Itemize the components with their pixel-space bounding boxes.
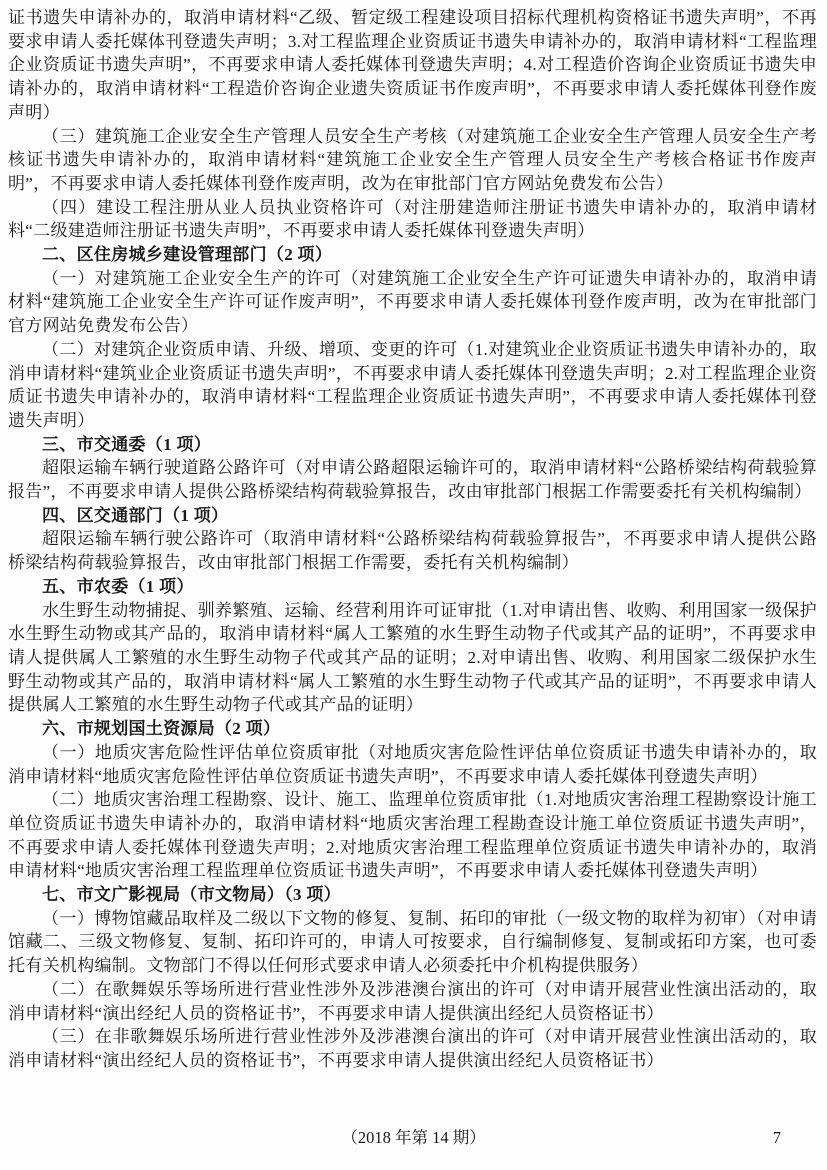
paragraph: （一）博物馆藏品取样及二级以下文物的修复、复制、拓印的审批（一级文物的取样为初审… <box>8 907 817 978</box>
paragraph: （四）建设工程注册从业人员执业资格许可（对注册建造师注册证书遗失申请补办的，取消… <box>8 196 817 243</box>
paragraph: （二）对建筑企业资质申请、升级、增项、变更的许可（1.对建筑业企业资质证书遗失申… <box>8 338 817 433</box>
section-heading: 六、市规划国土资源局（2 项） <box>8 717 817 741</box>
paragraph: （一）地质灾害危险性评估单位资质审批（对地质灾害危险性评估单位资质证书遗失申请补… <box>8 741 817 788</box>
section-heading: 四、区交通部门（1 项） <box>8 504 817 528</box>
paragraph: （一）对建筑施工企业安全生产的许可（对建筑施工企业安全生产许可证遗失申请补办的，… <box>8 267 817 338</box>
paragraph: 证书遗失申请补办的，取消申请材料“乙级、暂定级工程建设项目招标代理机构资格证书遗… <box>8 6 817 125</box>
paragraph: （二）在歌舞娱乐等场所进行营业性涉外及涉港澳台演出的许可（对申请开展营业性演出活… <box>8 978 817 1025</box>
paragraph: 超限运输车辆行驶公路许可（取消申请材料“公路桥梁结构荷载验算报告”，不再要求申请… <box>8 527 817 574</box>
paragraph: （二）地质灾害治理工程勘察、设计、施工、监理单位资质审批（1.对地质灾害治理工程… <box>8 788 817 883</box>
document-body: 证书遗失申请补办的，取消申请材料“乙级、暂定级工程建设项目招标代理机构资格证书遗… <box>8 6 817 1073</box>
page-footer: （2018 年第 14 期） 7 <box>0 1126 827 1150</box>
page-number: 7 <box>773 1126 781 1150</box>
issue-label: （2018 年第 14 期） <box>0 1126 827 1150</box>
section-heading: 五、市农委（1 项） <box>8 575 817 599</box>
paragraph: （三）建筑施工企业安全生产管理人员安全生产考核（对建筑施工企业安全生产管理人员安… <box>8 125 817 196</box>
paragraph: 超限运输车辆行驶道路公路许可（对申请公路超限运输许可的，取消申请材料“公路桥梁结… <box>8 456 817 503</box>
document-page: 证书遗失申请补办的，取消申请材料“乙级、暂定级工程建设项目招标代理机构资格证书遗… <box>0 0 827 1170</box>
section-heading: 七、市文广影视局（市文物局）（3 项） <box>8 883 817 907</box>
paragraph: 水生野生动物捕捉、驯养繁殖、运输、经营利用许可证审批（1.对申请出售、收购、利用… <box>8 599 817 718</box>
section-heading: 二、区住房城乡建设管理部门（2 项） <box>8 243 817 267</box>
paragraph: （三）在非歌舞娱乐场所进行营业性涉外及涉港澳台演出的许可（对申请开展营业性演出活… <box>8 1025 817 1072</box>
section-heading: 三、市交通委（1 项） <box>8 433 817 457</box>
